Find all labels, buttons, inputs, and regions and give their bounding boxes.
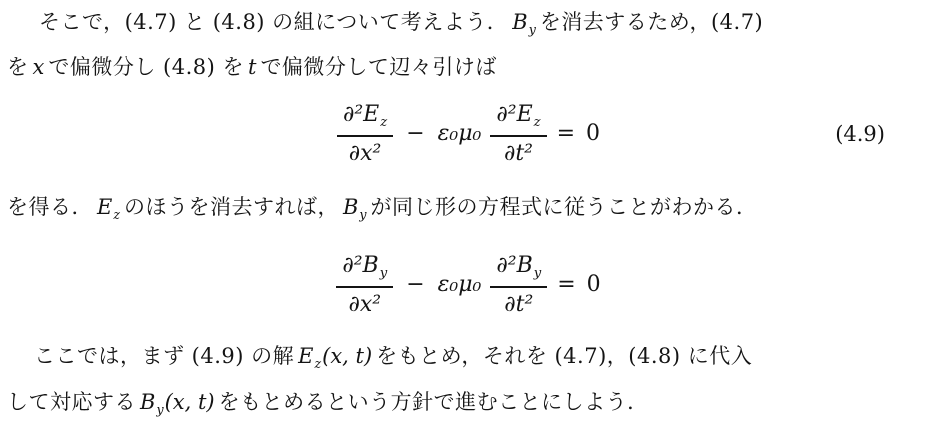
equation-number: (4.9) xyxy=(835,122,885,146)
fraction-denominator: ∂x² xyxy=(342,288,387,319)
paragraph1-line2: をxで偏微分し (4.8) をtで偏微分して辺々引けば xyxy=(7,52,497,82)
math-var-subscript: y xyxy=(359,207,366,222)
text-segment: して対応する xyxy=(7,390,136,414)
math-var-Ez: Ez xyxy=(97,195,120,219)
math-var-By: By xyxy=(512,10,536,34)
fraction-denominator: ∂x² xyxy=(343,137,388,168)
minus-sign: − xyxy=(406,272,424,297)
fraction-d2Ez-dt2: ∂²Ez ∂t² xyxy=(490,101,546,167)
text-segment: ここでは，まず (4.9) の解 xyxy=(34,344,294,368)
paragraph2-line1: を得る．Ezのほうを消去すれば，Byが同じ形の方程式に従うことがわかる． xyxy=(7,192,758,230)
fraction-d2By-dt2: ∂²By ∂t² xyxy=(490,252,547,318)
minus-sign: − xyxy=(406,121,424,146)
math-term: ∂²E xyxy=(343,102,379,127)
equation-By-row: ∂²By ∂x² − ε₀μ₀ ∂²By ∂t² = 0 xyxy=(0,250,939,320)
fraction-numerator: ∂²By xyxy=(336,252,393,288)
text-segment: で偏微分して辺々引けば xyxy=(260,55,497,79)
math-var-subscript: z xyxy=(314,356,321,371)
math-var-letter: E xyxy=(298,344,313,368)
epsilon0-mu0-coefficient: ε₀μ₀ xyxy=(438,272,482,297)
math-var-letter: B xyxy=(512,10,527,34)
equals-zero: = 0 xyxy=(557,272,602,297)
math-var-By: By xyxy=(343,195,367,219)
math-var-subscript: y xyxy=(534,266,541,281)
math-var-subscript: z xyxy=(380,115,387,130)
math-term: ∂²E xyxy=(496,102,532,127)
math-var-letter: B xyxy=(140,390,155,414)
text-segment: そこで，(4.7) と (4.8) の組について考えよう． xyxy=(39,10,508,34)
text-segment: で偏微分し (4.8) を xyxy=(48,55,244,79)
fraction-denominator: ∂t² xyxy=(498,288,539,319)
math-var-subscript: y xyxy=(380,266,387,281)
math-var-x: x xyxy=(33,55,45,79)
fraction-numerator: ∂²Ez xyxy=(337,101,393,137)
equation-4-9: ∂²Ez ∂x² − ε₀μ₀ ∂²Ez ∂t² = 0 xyxy=(337,101,602,167)
math-var-subscript: y xyxy=(529,22,536,37)
math-var-letter: E xyxy=(97,195,112,219)
math-arguments: (x, t) xyxy=(165,390,215,414)
math-arguments: (x, t) xyxy=(322,344,372,368)
equals-zero: = 0 xyxy=(557,121,602,146)
paragraph3-line1: ここでは，まず (4.9) の解Ez(x, t)をもとめ，それを (4.7)，(… xyxy=(34,341,752,379)
text-segment: をもとめ，それを (4.7)，(4.8) に代入 xyxy=(376,344,752,368)
math-var-subscript: z xyxy=(113,207,120,222)
math-var-By-of-xt: By(x, t) xyxy=(140,390,215,414)
fraction-denominator: ∂t² xyxy=(498,137,539,168)
paragraph3-line2: して対応するBy(x, t)をもとめるという方針で進むことにしよう． xyxy=(7,387,649,425)
math-var-t: t xyxy=(248,55,256,79)
math-term: ∂²B xyxy=(496,253,532,278)
fraction-d2Ez-dx2: ∂²Ez ∂x² xyxy=(337,101,393,167)
text-segment: を xyxy=(7,55,29,79)
text-segment: を消去するため，(4.7) xyxy=(540,10,763,34)
epsilon0-mu0-coefficient: ε₀μ₀ xyxy=(438,121,482,146)
fraction-numerator: ∂²Ez xyxy=(490,101,546,137)
equation-4-9-row: ∂²Ez ∂x² − ε₀μ₀ ∂²Ez ∂t² = 0 (4.9) xyxy=(0,99,939,169)
math-var-letter: B xyxy=(343,195,358,219)
paragraph1-line1: そこで，(4.7) と (4.8) の組について考えよう．Byを消去するため，(… xyxy=(39,7,763,45)
textbook-page: そこで，(4.7) と (4.8) の組について考えよう．Byを消去するため，(… xyxy=(0,0,939,429)
math-var-Ez-of-xt: Ez(x, t) xyxy=(298,344,372,368)
text-segment: のほうを消去すれば， xyxy=(124,195,339,219)
text-segment: を得る． xyxy=(7,195,93,219)
text-segment: をもとめるという方針で進むことにしよう． xyxy=(219,390,649,414)
math-var-subscript: y xyxy=(156,402,163,417)
math-term: ∂²B xyxy=(342,253,378,278)
fraction-numerator: ∂²By xyxy=(490,252,547,288)
fraction-d2By-dx2: ∂²By ∂x² xyxy=(336,252,393,318)
text-segment: が同じ形の方程式に従うことがわかる． xyxy=(371,195,758,219)
equation-By: ∂²By ∂x² − ε₀μ₀ ∂²By ∂t² = 0 xyxy=(336,252,602,318)
math-var-subscript: z xyxy=(534,115,541,130)
